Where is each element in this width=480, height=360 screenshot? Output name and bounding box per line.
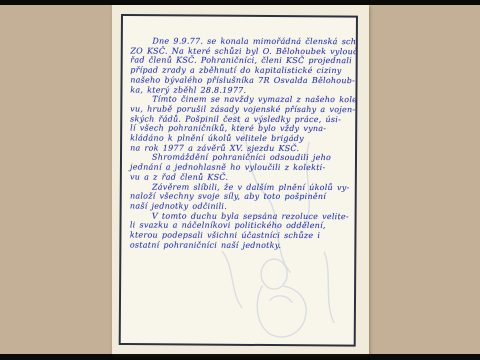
photo-mat: Dne 9.9.77. se konala mimořádná členská … [0,5,480,354]
text-line: vu, hrubě porušil zásady vojenské přísah… [130,104,345,114]
text-line: kládáno k plnění úkolů velitele brigády [130,134,345,144]
text-line: naší jednotky odčinili. [130,201,345,211]
paragraph-1: Dne 9.9.77. se konala mimořádná členská … [130,37,345,96]
text-line: V tomto duchu byla sepsána rezoluce veli… [130,211,345,221]
paragraph-4: Závěrem slíbili, že v dalším plnění úkol… [130,182,345,212]
page-border-frame: Dne 9.9.77. se konala mimořádná členská … [119,14,358,347]
scanned-page: Dne 9.9.77. se konala mimořádná členská … [112,5,369,354]
text-line: Tímto činem se navždy vymazal z našeho k… [130,95,345,105]
text-line: li svazku a náčelníkovi politického oddě… [130,221,345,231]
text-line: Dne 9.9.77. se konala mimořádná členská … [130,37,345,47]
handwritten-text: Dne 9.9.77. se konala mimořádná členská … [130,37,346,251]
text-line: kterou podepsali všichni účastníci schůz… [130,231,345,241]
text-line: lí všech pohraničníků, které bylo vždy v… [130,124,345,134]
paragraph-2: Tímto činem se navždy vymazal z našeho k… [130,95,345,154]
text-line: našeho bývalého příslušníka 7R Osvalda B… [130,75,345,85]
paragraph-5: V tomto duchu byla sepsána rezoluce veli… [130,211,345,250]
text-line: naloží všechny svoje síly, aby toto pošp… [130,192,345,202]
paragraph-3: Shromáždění pohraničníci odsoudili jeho … [130,153,345,183]
text-line: řad členů KSČ. Pohraničníci, členi KSČ p… [130,56,345,66]
scanned-photo-stage: Dne 9.9.77. se konala mimořádná členská … [0,0,480,360]
text-line: ostatní pohraničníci naší jednotky. [130,240,345,250]
text-line: Shromáždění pohraničníci odsoudili jeho [130,153,345,163]
text-line: na rok 1977 a závěrů XV. sjezdu KSČ. [130,143,345,153]
text-line: Závěrem slíbili, že v dalším plnění úkol… [130,182,345,192]
text-line: ka, který zběhl 28.8.1977. [130,85,345,95]
text-line: vu a z řad členů KSČ. [130,172,345,182]
text-line: případ zrady a zběhnutí do kapitalistick… [130,66,345,76]
text-line: jednání a jednohlasně ho vyloučili z kol… [130,163,345,173]
